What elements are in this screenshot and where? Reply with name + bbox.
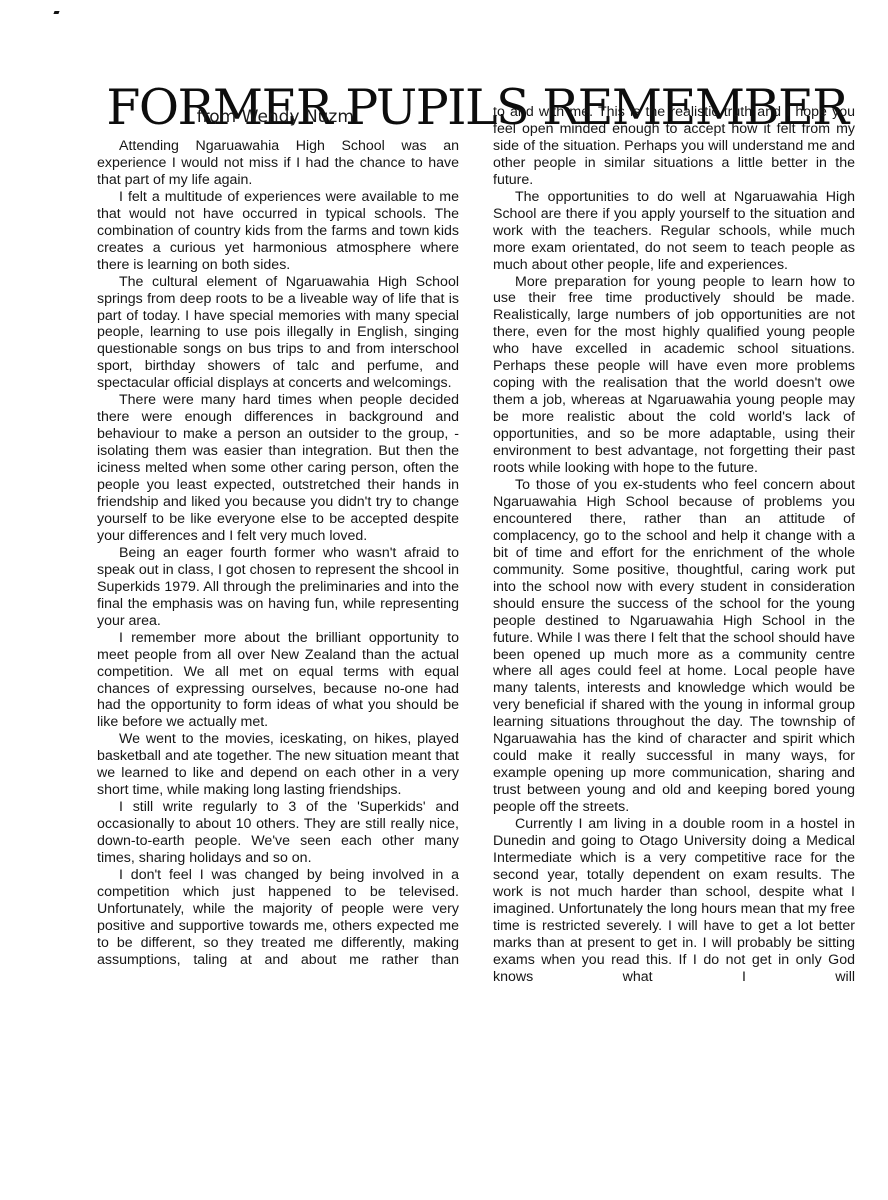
paragraph: There were many hard times when people d…	[97, 392, 459, 545]
paragraph: To those of you ex-students who feel con…	[493, 477, 855, 816]
right-column: to and with me. This is the realistic tr…	[493, 104, 855, 986]
byline: from Wendy Nuzm.	[97, 106, 459, 128]
paragraph: The opportunities to do well at Ngaruawa…	[493, 189, 855, 274]
paragraph: I felt a multitude of experiences were a…	[97, 189, 459, 274]
left-column: from Wendy Nuzm. Attending Ngaruawahia H…	[97, 106, 459, 969]
paragraph: Currently I am living in a double room i…	[493, 816, 855, 986]
paragraph: Being an eager fourth former who wasn't …	[97, 545, 459, 630]
paragraph: The cultural element of Ngaruawahia High…	[97, 274, 459, 393]
paragraph-continued: to and with me. This is the realistic tr…	[493, 104, 855, 189]
paragraph: We went to the movies, iceskating, on hi…	[97, 731, 459, 799]
paragraph: I still write regularly to 3 of the 'Sup…	[97, 799, 459, 867]
paragraph: I don't feel I was changed by being invo…	[97, 867, 459, 969]
paragraph: Attending Ngaruawahia High School was an…	[97, 138, 459, 189]
paragraph: I remember more about the brilliant oppo…	[97, 630, 459, 732]
scan-mark	[53, 11, 59, 14]
paragraph: More preparation for young people to lea…	[493, 274, 855, 477]
